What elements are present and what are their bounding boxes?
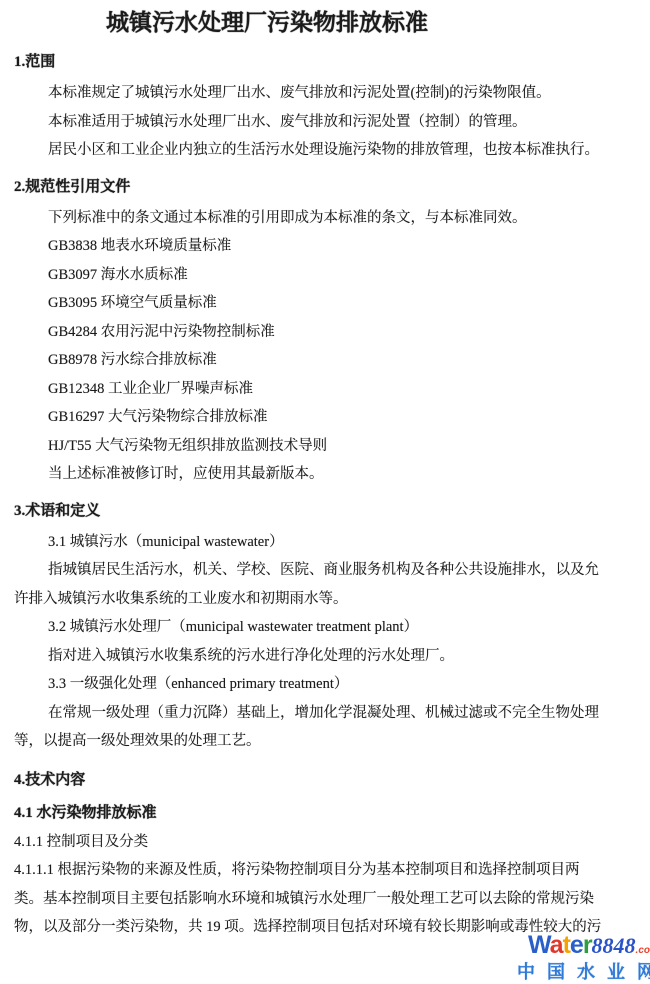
reference-item: GB4284 农用污泥中污染物控制标准 <box>14 318 640 347</box>
watermark-brand-letters: Water <box>528 940 592 957</box>
section-1-heading: 1.范围 <box>14 50 640 71</box>
para-line: 等，以提高一级处理效果的处理工艺。 <box>14 727 640 756</box>
reference-item: GB3097 海水水质标准 <box>14 261 640 290</box>
watermark-tagline: 中国水业网 <box>517 958 650 984</box>
document-body: 城镇污水处理厂污染物排放标准1.范围本标准规定了城镇污水处理厂出水、废气排放和污… <box>0 0 650 942</box>
clause-line: 4.1.1.1 根据污染物的来源及性质，将污染物控制项目分为基本控制项目和选择控… <box>14 856 640 885</box>
para-line: 本标准规定了城镇污水处理厂出水、废气排放和污泥处置(控制)的污染物限值。 <box>14 79 640 108</box>
clause-line: 类。基本控制项目主要包括影响水环境和城镇污水处理厂一般处理工艺可以去除的常规污染 <box>14 885 640 914</box>
watermark-tld: .com <box>636 945 650 956</box>
para-line: 当上述标准被修订时，应使用其最新版本。 <box>14 460 640 489</box>
para-line: 居民小区和工业企业内独立的生活污水处理设施污染物的排放管理，也按本标准执行。 <box>14 136 640 165</box>
para-line: 指城镇居民生活污水，机关、学校、医院、商业服务机构及各种公共设施排水，以及允 <box>14 556 640 585</box>
para-line: 许排入城镇污水收集系统的工业废水和初期雨水等。 <box>14 585 640 614</box>
clause-line: 物，以及部分一类污染物，共 19 项。选择控制项目包括对环境有较长期影响或毒性较… <box>14 913 640 942</box>
section-4-1-heading: 4.1 水污染物排放标准 <box>14 801 640 822</box>
section-4-heading: 4.技术内容 <box>14 768 640 789</box>
scanned-document-page: 城镇污水处理厂污染物排放标准1.范围本标准规定了城镇污水处理厂出水、废气排放和污… <box>0 0 650 984</box>
reference-item: GB8978 污水综合排放标准 <box>14 346 640 375</box>
clause-line: 4.1.1 控制项目及分类 <box>14 828 640 857</box>
section-3-heading: 3.术语和定义 <box>14 499 640 520</box>
doc-title: 城镇污水处理厂污染物排放标准 <box>14 6 520 40</box>
reference-item: GB12348 工业企业厂界噪声标准 <box>14 375 640 404</box>
reference-item: HJ/T55 大气污染物无组织排放监测技术导则 <box>14 432 640 461</box>
term-line: 3.1 城镇污水（municipal wastewater） <box>14 528 640 557</box>
term-line: 3.3 一级强化处理（enhanced primary treatment） <box>14 670 640 699</box>
para-line: 指对进入城镇污水收集系统的污水进行净化处理的污水处理厂。 <box>14 642 640 671</box>
para-line: 下列标准中的条文通过本标准的引用即成为本标准的条文，与本标准同效。 <box>14 204 640 233</box>
section-2-heading: 2.规范性引用文件 <box>14 175 640 196</box>
para-line: 本标准适用于城镇污水处理厂出水、废气排放和污泥处置（控制）的管理。 <box>14 108 640 137</box>
reference-item: GB3095 环境空气质量标准 <box>14 289 640 318</box>
para-line: 在常规一级处理（重力沉降）基础上，增加化学混凝处理、机械过滤或不完全生物处理 <box>14 699 640 728</box>
reference-item: GB3838 地表水环境质量标准 <box>14 232 640 261</box>
term-line: 3.2 城镇污水处理厂（municipal wastewater treatme… <box>14 613 640 642</box>
reference-item: GB16297 大气污染物综合排放标准 <box>14 403 640 432</box>
